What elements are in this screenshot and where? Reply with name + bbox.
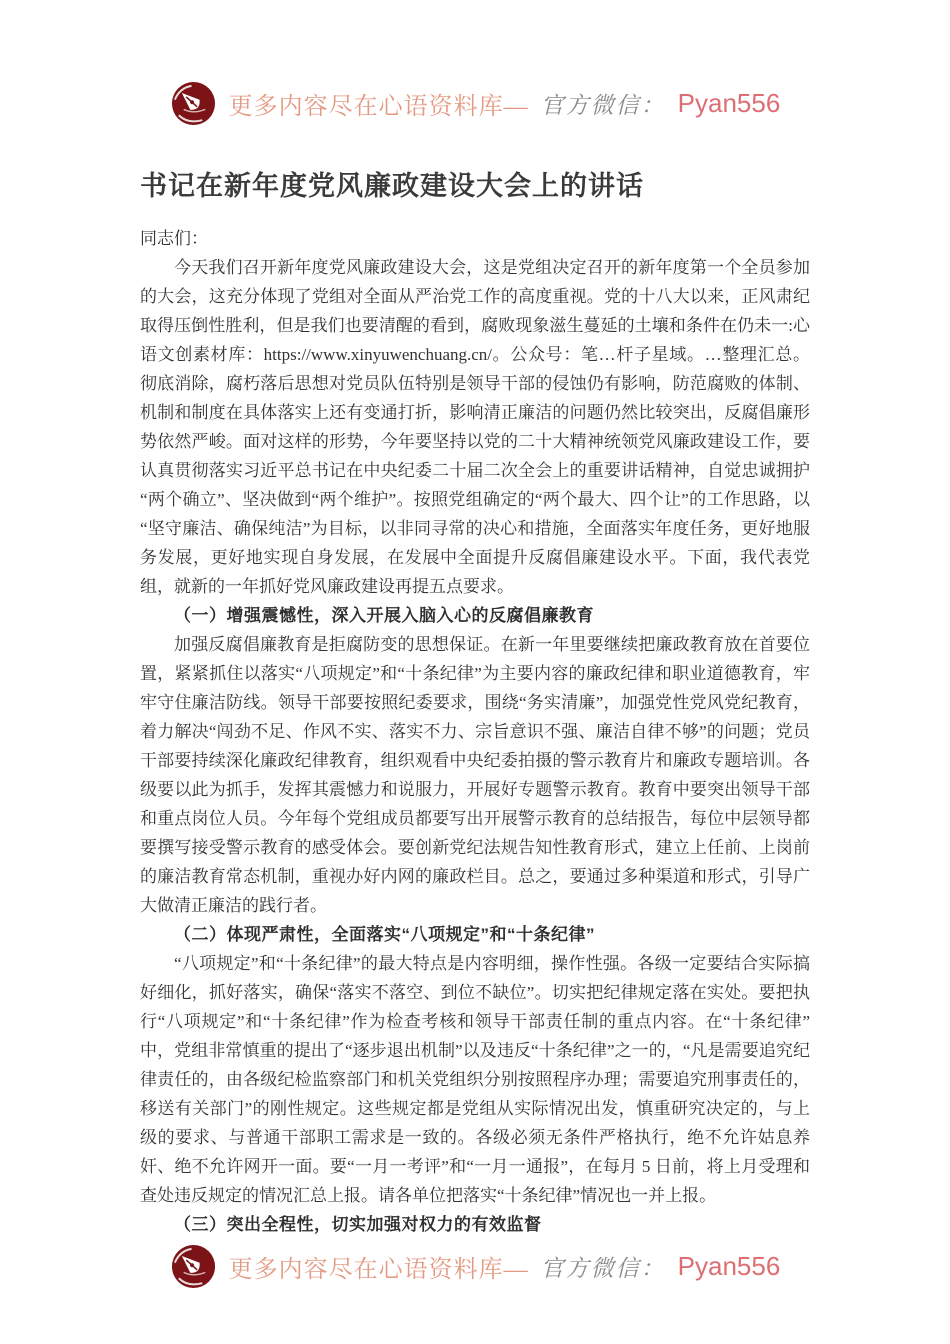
watermark-wechat-id: Pyan556 xyxy=(678,1251,781,1282)
brand-pen-logo-icon xyxy=(170,80,217,127)
watermark-wechat-label: 官方微信： xyxy=(541,87,666,120)
watermark-library-text: 更多内容尽在心语资料库— xyxy=(229,86,529,121)
watermark-header: 更多内容尽在心语资料库— 官方微信： Pyan556 xyxy=(140,80,810,127)
section-heading: （一）增强震憾性，深入开展入脑入心的反腐倡廉教育 xyxy=(140,601,810,630)
watermark-wechat-label: 官方微信： xyxy=(541,1250,666,1283)
document-body: 同志们：今天我们召开新年度党风廉政建设大会，这是党组决定召开的新年度第一个全员参… xyxy=(140,224,810,1239)
paragraph: 加强反腐倡廉教育是拒腐防变的思想保证。在新一年里要继续把廉政教育放在首要位置，紧… xyxy=(140,630,810,920)
watermark-footer: 更多内容尽在心语资料库— 官方微信： Pyan556 xyxy=(140,1243,810,1290)
document-page: 更多内容尽在心语资料库— 官方微信： Pyan556 书记在新年度党风廉政建设大… xyxy=(0,0,950,1344)
paragraph: 今天我们召开新年度党风廉政建设大会，这是党组决定召开的新年度第一个全员参加的大会… xyxy=(140,253,810,601)
watermark-library-text: 更多内容尽在心语资料库— xyxy=(229,1249,529,1284)
section-heading: （二）体现严肃性，全面落实“八项规定”和“十条纪律” xyxy=(140,920,810,949)
document-title: 书记在新年度党风廉政建设大会上的讲话 xyxy=(140,171,810,202)
watermark-wechat-id: Pyan556 xyxy=(678,88,781,119)
brand-pen-logo-icon xyxy=(170,1243,217,1290)
salutation: 同志们： xyxy=(140,224,810,253)
section-heading: （三）突出全程性，切实加强对权力的有效监督 xyxy=(140,1210,810,1239)
paragraph: “八项规定”和“十条纪律”的最大特点是内容明细，操作性强。各级一定要结合实际搞好… xyxy=(140,949,810,1210)
